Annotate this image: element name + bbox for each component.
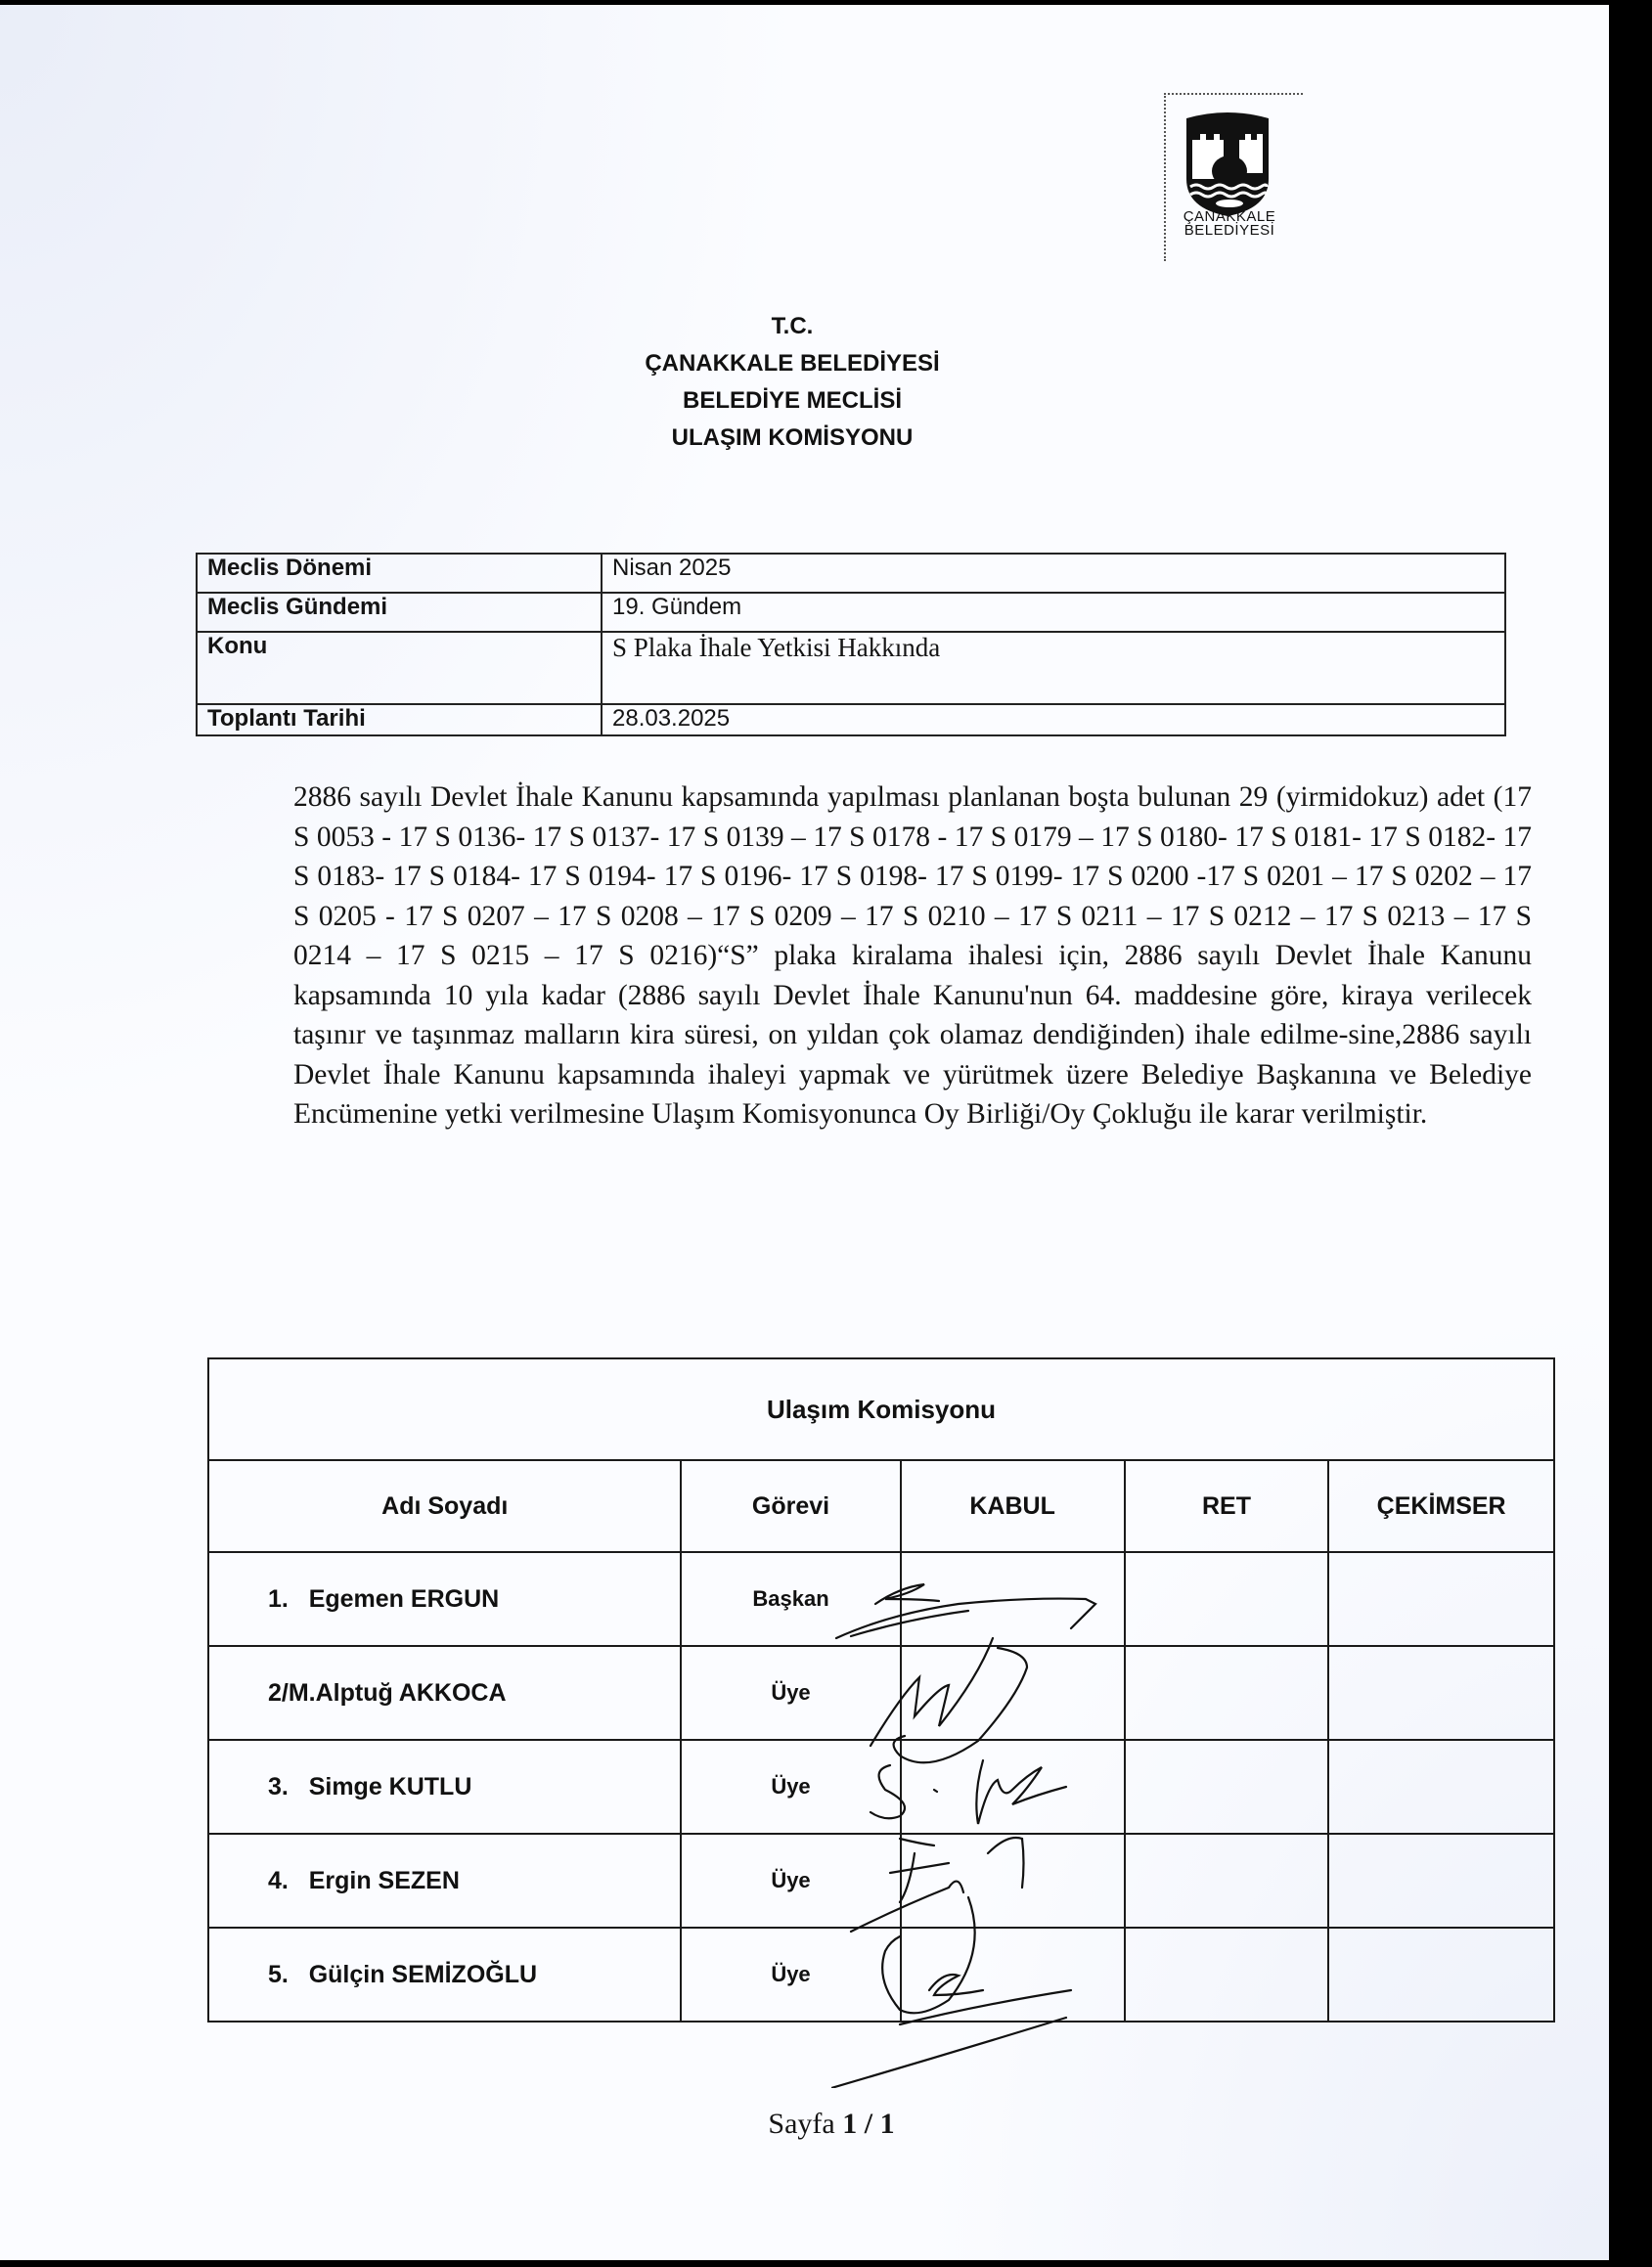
member-fullname: Egemen ERGUN [309,1585,499,1613]
meeting-info-table: Meclis Dönemi Nisan 2025 Meclis Gündemi … [196,553,1506,736]
info-label: Meclis Gündemi [197,593,602,632]
vote-table-title-row: Ulaşım Komisyonu [208,1358,1554,1460]
member-number: 3. [268,1773,289,1800]
member-name: 2/M.Alptuğ AKKOCA [208,1646,681,1740]
member-name: 1. Egemen ERGUN [208,1552,681,1646]
canakkale-municipality-crest-icon [1179,111,1276,218]
abstain-cell [1328,1928,1554,2022]
accept-cell [901,1834,1125,1928]
reject-cell [1125,1928,1329,2022]
info-row: Meclis Dönemi Nisan 2025 [197,554,1505,593]
header-abstain: ÇEKİMSER [1328,1460,1554,1552]
info-value: Nisan 2025 [602,554,1505,593]
member-role: Üye [681,1928,900,2022]
page-label: Sayfa [768,2108,842,2140]
member-name: 4. Ergin SEZEN [208,1834,681,1928]
member-row: 4. Ergin SEZEN Üye [208,1834,1554,1928]
reject-cell [1125,1552,1329,1646]
page-number: 1 / 1 [842,2108,894,2140]
header-reject: RET [1125,1460,1329,1552]
heading-line-4: ULAŞIM KOMİSYONU [548,420,1037,457]
reject-cell [1125,1834,1329,1928]
member-name: 3. Simge KUTLU [208,1740,681,1834]
heading-line-2: ÇANAKKALE BELEDİYESİ [548,345,1037,382]
member-row: 3. Simge KUTLU Üye [208,1740,1554,1834]
abstain-cell [1328,1552,1554,1646]
info-value: 19. Gündem [602,593,1505,632]
heading-line-3: BELEDİYE MECLİSİ [548,382,1037,420]
vote-table: Ulaşım Komisyonu Adı Soyadı Görevi KABUL… [207,1357,1555,2023]
info-label: Konu [197,632,602,704]
member-fullname: Ergin SEZEN [309,1867,460,1894]
member-fullname: Gülçin SEMİZOĞLU [309,1961,537,1988]
member-role: Üye [681,1834,900,1928]
vote-table-title: Ulaşım Komisyonu [208,1358,1554,1460]
member-fullname: Alptuğ AKKOCA [316,1679,507,1707]
member-number: 2/M. [268,1679,316,1707]
accept-cell [901,1740,1125,1834]
member-number: 4. [268,1867,289,1894]
member-fullname: Simge KUTLU [309,1773,472,1800]
logo-line-2: BELEDİYESİ [1176,224,1283,238]
member-name: 5. Gülçin SEMİZOĞLU [208,1928,681,2022]
accept-cell [901,1928,1125,2022]
decision-text: 2886 sayılı Devlet İhale Kanunu kapsamın… [293,778,1532,1134]
info-label: Toplantı Tarihi [197,704,602,735]
vote-table-header-row: Adı Soyadı Görevi KABUL RET ÇEKİMSER [208,1460,1554,1552]
abstain-cell [1328,1740,1554,1834]
info-value: 28.03.2025 [602,704,1505,735]
header-name: Adı Soyadı [208,1460,681,1552]
accept-cell [901,1552,1125,1646]
document-heading: T.C. ÇANAKKALE BELEDİYESİ BELEDİYE MECLİ… [548,308,1037,457]
document-page: ÇANAKKALE BELEDİYESİ T.C. ÇANAKKALE BELE… [0,5,1609,2260]
member-row: 5. Gülçin SEMİZOĞLU Üye [208,1928,1554,2022]
logo-caption: ÇANAKKALE BELEDİYESİ [1176,210,1283,238]
abstain-cell [1328,1834,1554,1928]
abstain-cell [1328,1646,1554,1740]
member-number: 5. [268,1961,289,1988]
member-role: Başkan [681,1552,900,1646]
info-value: S Plaka İhale Yetkisi Hakkında [602,632,1505,704]
page-footer: Sayfa 1 / 1 [646,2108,1017,2141]
member-role: Üye [681,1740,900,1834]
header-role: Görevi [681,1460,900,1552]
info-label: Meclis Dönemi [197,554,602,593]
info-row: Meclis Gündemi 19. Gündem [197,593,1505,632]
member-role: Üye [681,1646,900,1740]
heading-line-1: T.C. [548,308,1037,345]
info-row: Toplantı Tarihi 28.03.2025 [197,704,1505,735]
reject-cell [1125,1646,1329,1740]
member-number: 1. [268,1585,289,1613]
accept-cell [901,1646,1125,1740]
header-accept: KABUL [901,1460,1125,1552]
reject-cell [1125,1740,1329,1834]
member-row: 1. Egemen ERGUN Başkan [208,1552,1554,1646]
member-row: 2/M.Alptuğ AKKOCA Üye [208,1646,1554,1740]
info-row: Konu S Plaka İhale Yetkisi Hakkında [197,632,1505,704]
